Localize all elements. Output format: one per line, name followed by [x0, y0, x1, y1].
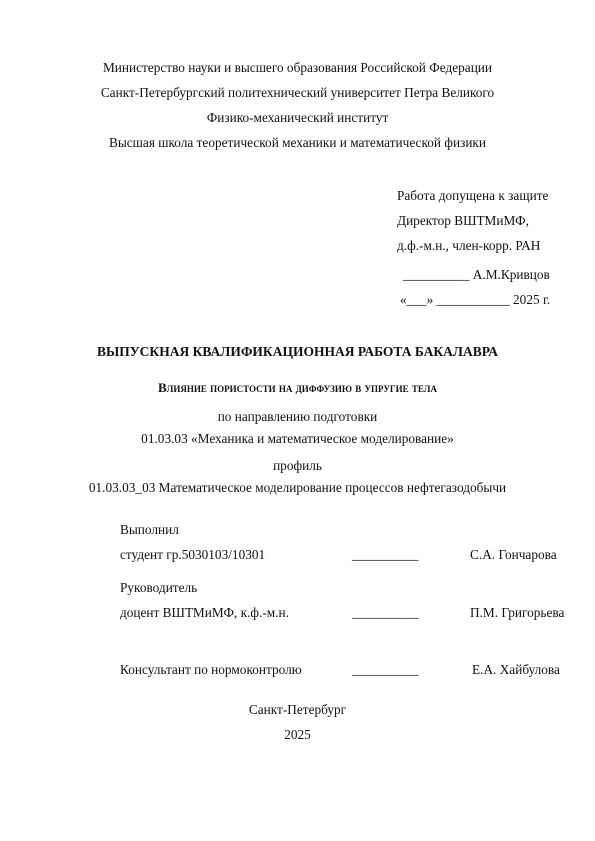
consultant-signature-blank: __________	[352, 663, 418, 676]
supervisor-name: П.М. Григорьева	[470, 606, 564, 619]
direction: 01.03.03 «Механика и математическое моде…	[0, 432, 595, 445]
direction-label: по направлению подготовки	[0, 410, 595, 423]
supervisor-role: доцент ВШТМиМФ, к.ф.-м.н.	[120, 606, 289, 619]
ministry-line: Министерство науки и высшего образования…	[0, 61, 595, 74]
consultant-role: Консультант по нормоконтролю	[120, 663, 302, 676]
performer-role: студент гр.5030103/10301	[120, 548, 265, 561]
approval-date: «___» ___________ 2025 г.	[400, 293, 550, 306]
institute-line: Физико-механический институт	[0, 111, 595, 124]
performer-signature-blank: __________	[352, 548, 418, 561]
school-line: Высшая школа теоретической механики и ма…	[0, 136, 595, 149]
footer-city: Санкт-Петербург	[0, 703, 595, 716]
approval-line-2: Директор ВШТМиМФ,	[397, 214, 529, 227]
work-type: ВЫПУСКНАЯ КВАЛИФИКАЦИОННАЯ РАБОТА БАКАЛА…	[0, 345, 595, 359]
supervisor-label: Руководитель	[120, 581, 197, 594]
supervisor-signature-blank: __________	[352, 606, 418, 619]
performer-name: С.А. Гончарова	[470, 548, 557, 561]
approval-line-1: Работа допущена к защите	[397, 189, 548, 202]
footer-year: 2025	[0, 728, 595, 741]
approval-signature: __________ А.М.Кривцов	[403, 268, 550, 281]
approval-line-3: д.ф.-м.н., член-корр. РАН	[397, 239, 540, 252]
profile-label: профиль	[0, 459, 595, 472]
consultant-name: Е.А. Хайбулова	[472, 663, 560, 676]
performer-label: Выполнил	[120, 523, 179, 536]
thesis-topic: Влияние пористости на диффузию в упругие…	[0, 381, 595, 394]
university-line: Санкт-Петербургский политехнический унив…	[0, 86, 595, 99]
profile: 01.03.03_03 Математическое моделирование…	[0, 481, 595, 494]
